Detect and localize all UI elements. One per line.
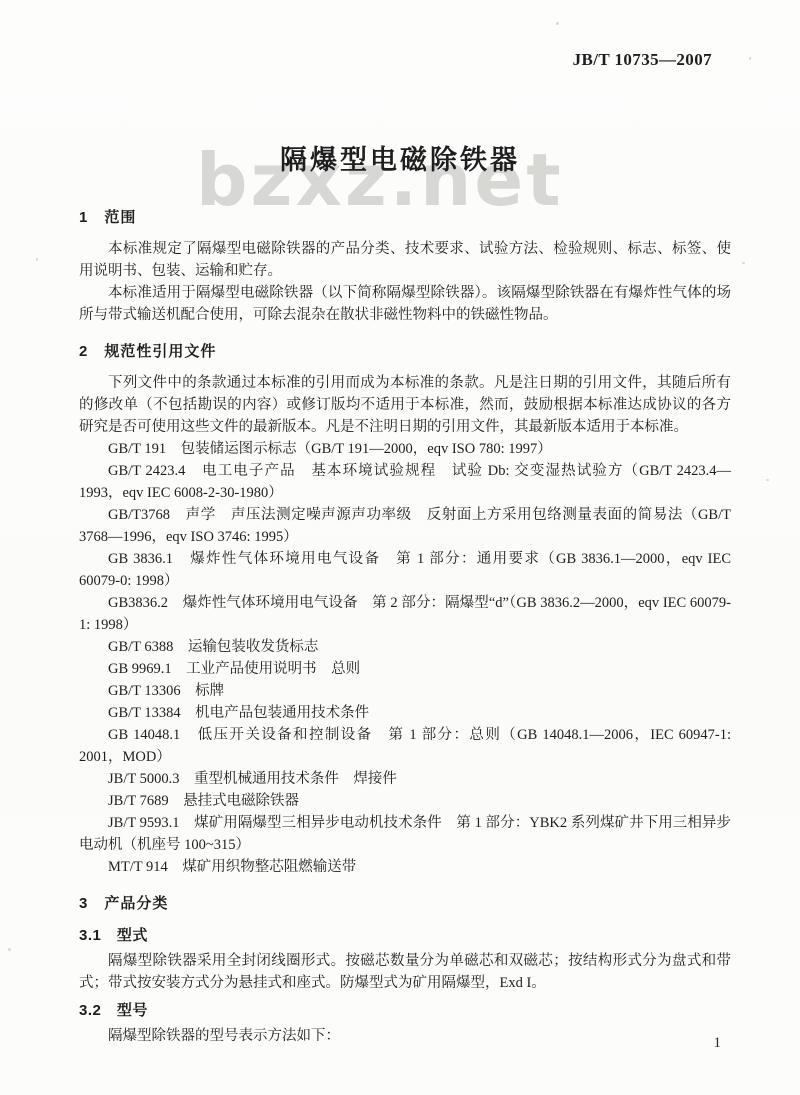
scan-speckle xyxy=(742,262,745,264)
reference-item: GB/T3768 声学 声压法测定噪声源声功率级 反射面上方采用包络测量表面的简… xyxy=(79,504,731,548)
reference-item: JB/T 7689 悬挂式电磁除铁器 xyxy=(79,790,731,812)
reference-item: GB 14048.1 低压开关设备和控制设备 第 1 部分：总则（GB 1404… xyxy=(79,724,731,768)
type-description-paragraph: 隔爆型除铁器采用全封闭线圈形式。按磁芯数量分为单磁芯和双磁芯；按结构形式分为盘式… xyxy=(79,950,731,994)
model-designation-paragraph: 隔爆型除铁器的型号表示方法如下： xyxy=(79,1025,731,1047)
reference-item: GB/T 191 包装储运图示标志（GB/T 191—2000，eqv ISO … xyxy=(79,438,731,460)
scan-speckle xyxy=(766,479,769,481)
scope-paragraph-2: 本标准适用于隔爆型电磁除铁器（以下简称隔爆型除铁器）。该隔爆型除铁器在有爆炸性气… xyxy=(79,282,731,326)
document-title: 隔爆型电磁除铁器 xyxy=(0,138,800,177)
document-body: 1 范围 本标准规定了隔爆型电磁除铁器的产品分类、技术要求、试验方法、检验规则、… xyxy=(79,194,731,1047)
reference-item: GB/T 13306 标牌 xyxy=(79,680,731,702)
section-2-heading: 2 规范性引用文件 xyxy=(79,340,731,364)
scope-paragraph-1: 本标准规定了隔爆型电磁除铁器的产品分类、技术要求、试验方法、检验规则、标志、标签… xyxy=(79,238,731,282)
reference-item: GB 9969.1 工业产品使用说明书 总则 xyxy=(79,658,731,680)
reference-item: JB/T 5000.3 重型机械通用技术条件 焊接件 xyxy=(79,768,731,790)
reference-item: GB/T 2423.4 电工电子产品 基本环境试验规程 试验 Db: 交变湿热试… xyxy=(79,460,731,504)
section-3-heading: 3 产品分类 xyxy=(79,892,731,916)
scanned-standard-page: JB/T 10735—2007 bzxz.net 隔爆型电磁除铁器 1 范围 本… xyxy=(0,0,800,1095)
reference-item: GB 3836.1 爆炸性气体环境用电气设备 第 1 部分：通用要求（GB 38… xyxy=(79,548,731,592)
reference-item: GB/T 13384 机电产品包装通用技术条件 xyxy=(79,702,731,724)
section-1-heading: 1 范围 xyxy=(79,206,731,230)
page-number: 1 xyxy=(714,1032,722,1054)
reference-list: GB/T 191 包装储运图示标志（GB/T 191—2000，eqv ISO … xyxy=(79,438,731,878)
scan-speckle xyxy=(8,948,11,951)
section-3-2-heading: 3.2 型号 xyxy=(79,999,731,1023)
reference-item: JB/T 9593.1 煤矿用隔爆型三相异步电动机技术条件 第 1 部分：YBK… xyxy=(79,812,731,856)
reference-item: GB/T 6388 运输包装收发货标志 xyxy=(79,636,731,658)
section-3-1-heading: 3.1 型式 xyxy=(79,924,731,948)
scan-speckle xyxy=(749,57,751,60)
reference-item: GB3836.2 爆炸性气体环境用电气设备 第 2 部分：隔爆型“d”（GB 3… xyxy=(79,592,731,636)
reference-item: MT/T 914 煤矿用织物整芯阻燃输送带 xyxy=(79,856,731,878)
normative-references-intro: 下列文件中的条款通过本标准的引用而成为本标准的条款。凡是注日期的引用文件，其随后… xyxy=(79,372,731,438)
standard-number: JB/T 10735—2007 xyxy=(573,50,712,70)
scan-speckle xyxy=(36,258,38,261)
scan-speckle xyxy=(556,22,559,25)
